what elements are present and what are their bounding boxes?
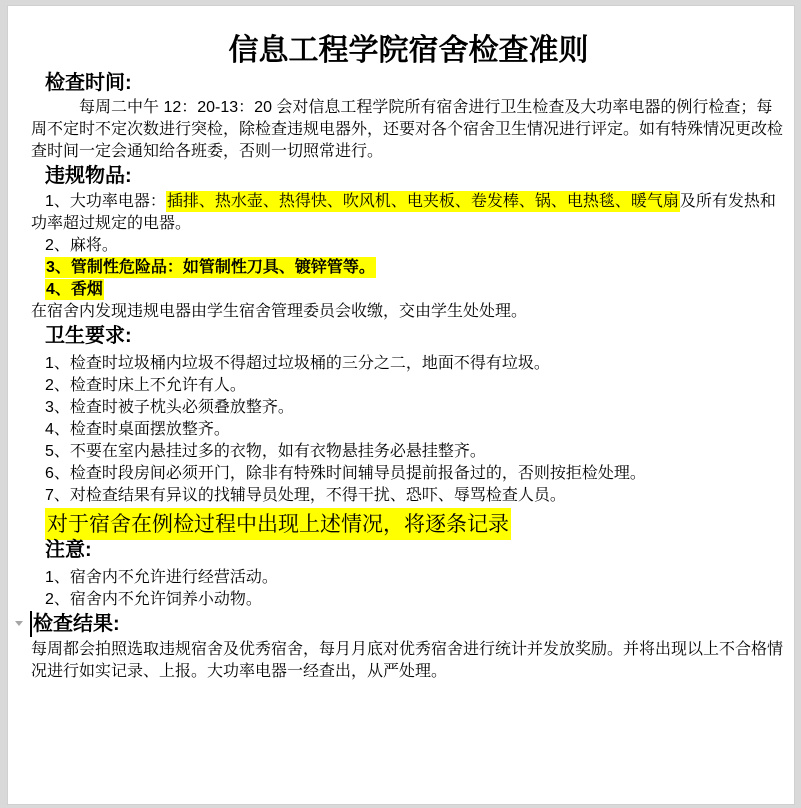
section-heading-notice: 注意: [45,537,786,563]
hygiene-item-2: 2、检查时床上不允许有人。 [31,375,786,397]
prohibited-item-cigarettes: 4、香烟 [31,279,786,301]
hygiene-item-1: 1、检查时垃圾桶内垃圾不得超过垃圾桶的三分之二，地面不得有垃圾。 [31,353,786,375]
prohibited-item1-highlight: 插排、热水壶、热得快、吹风机、电夹板、卷发棒、锅、电热毯、暖气扇 [166,191,680,212]
inspection-results-paragraph: 每周都会拍照选取违规宿舍及优秀宿舍，每月月底对优秀宿舍进行统计并发放奖励。并将出… [31,639,786,683]
hygiene-item-6: 6、检查时段房间必须开门，除非有特殊时间辅导员提前报备过的，否则按拒检处理。 [31,463,786,485]
inspection-results-heading-label: 检查结果: [33,613,120,635]
section-heading-hygiene-requirements: 卫生要求: [45,323,786,349]
hygiene-item-7: 7、对检查结果有异议的找辅导员处理，不得干扰、恐吓、辱骂检查人员。 [31,485,786,507]
notice-item-1: 1、宿舍内不允许进行经营活动。 [31,567,786,589]
prohibited-item1-prefix: 1、大功率电器： [45,193,166,210]
text-cursor [30,611,32,637]
prohibited-item3-highlight: 3、管制性危险品：如管制性刀具、镀锌管等。 [45,257,376,278]
prohibited-item-power-appliances: 1、大功率电器：插排、热水壶、热得快、吹风机、电夹板、卷发棒、锅、电热毯、暖气扇… [31,191,786,235]
prohibited-item-dangerous-goods: 3、管制性危险品：如管制性刀具、镀锌管等。 [31,257,786,279]
inspection-time-paragraph: 每周二中午 12：20-13：20 会对信息工程学院所有宿舍进行卫生检查及大功率… [31,97,786,163]
hygiene-warning-highlight: 对于宿舍在例检过程中出现上述情况，将逐条记录 [45,508,511,540]
heading-collapse-arrow-icon[interactable] [15,621,23,626]
prohibited-items-note: 在宿舍内发现违规电器由学生宿舍管理委员会收缴，交由学生处处理。 [31,301,786,323]
prohibited-item-mahjong: 2、麻将。 [31,235,786,257]
document-page[interactable]: 信息工程学院宿舍检查准则 检查时间: 每周二中午 12：20-13：20 会对信… [7,5,795,805]
prohibited-item4-highlight: 4、香烟 [45,279,104,300]
notice-item-2: 2、宿舍内不允许饲养小动物。 [31,589,786,611]
section-heading-prohibited-items: 违规物品: [45,163,786,189]
hygiene-item-4: 4、检查时桌面摆放整齐。 [31,419,786,441]
document-title: 信息工程学院宿舍检查准则 [31,32,786,70]
editor-canvas: 信息工程学院宿舍检查准则 检查时间: 每周二中午 12：20-13：20 会对信… [0,0,801,808]
section-heading-inspection-time: 检查时间: [45,70,786,96]
section-heading-inspection-results: 检查结果: [33,611,786,637]
hygiene-warning-line: 对于宿舍在例检过程中出现上述情况，将逐条记录 [45,511,786,537]
hygiene-item-3: 3、检查时被子枕头必须叠放整齐。 [31,397,786,419]
hygiene-item-5: 5、不要在室内悬挂过多的衣物，如有衣物悬挂务必悬挂整齐。 [31,441,786,463]
